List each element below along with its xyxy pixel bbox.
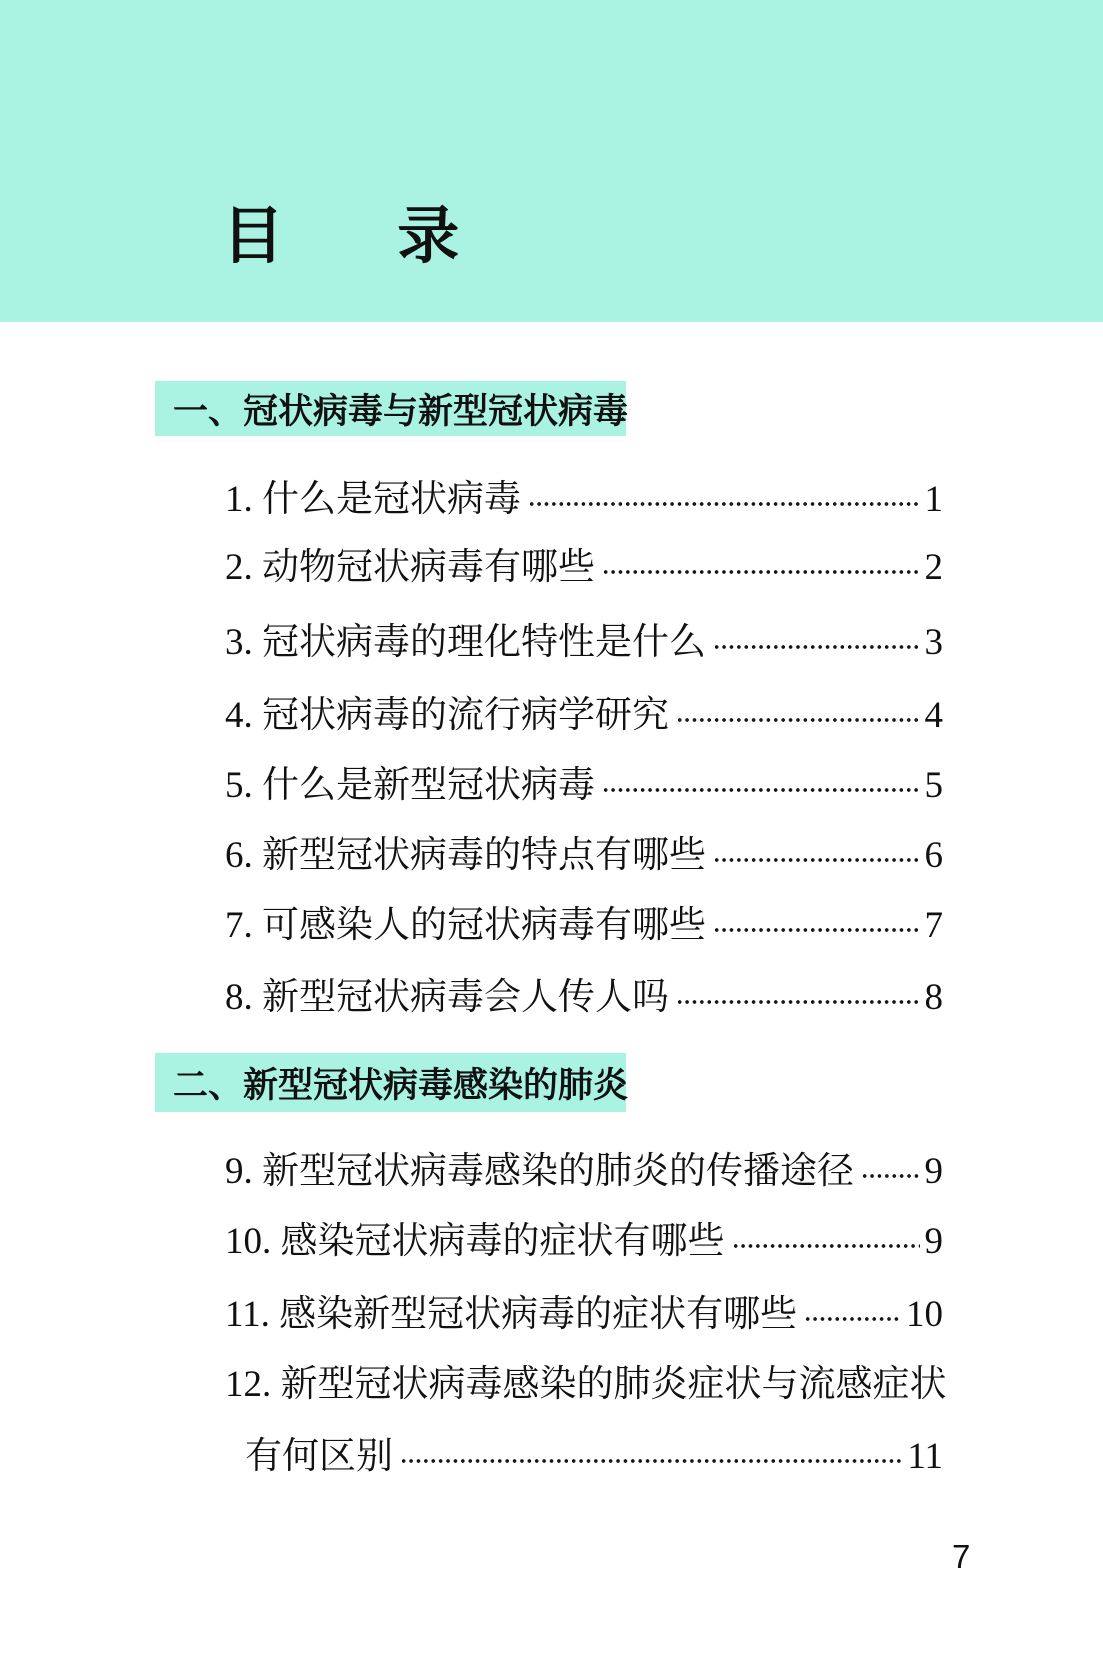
dot-leader [861,1173,920,1179]
toc-item-page: 7 [925,902,944,950]
toc-item-page: 8 [925,974,944,1022]
toc-item-page: 2 [925,544,944,592]
toc-item-label: 11. 感染新型冠状病毒的症状有哪些 [225,1291,797,1339]
section-title: 一、冠状病毒与新型冠状病毒 [173,384,628,434]
toc-page: 目 录 一、冠状病毒与新型冠状病毒 1. 什么是冠状病毒 1 2. 动物冠状病毒… [0,0,1103,1654]
dot-leader [713,927,920,933]
toc-item-page: 10 [906,1291,943,1339]
toc-item: 11. 感染新型冠状病毒的症状有哪些 10 [225,1291,943,1339]
toc-item: 10. 感染冠状病毒的症状有哪些 9 [225,1218,943,1266]
dot-leader [676,999,920,1005]
dot-leader [602,787,920,793]
toc-item: 1. 什么是冠状病毒 1 [225,476,943,524]
section-header-2: 二、新型冠状病毒感染的肺炎 [155,1053,626,1112]
toc-item: 9. 新型冠状病毒感染的肺炎的传播途径 9 [225,1148,943,1196]
toc-item: 2. 动物冠状病毒有哪些 2 [225,544,943,592]
toc-item-page: 5 [925,762,944,810]
toc-item-label: 6. 新型冠状病毒的特点有哪些 [225,832,706,880]
toc-item-label: 7. 可感染人的冠状病毒有哪些 [225,902,706,950]
toc-item-label: 8. 新型冠状病毒会人传人吗 [225,974,669,1022]
toc-item: 3. 冠状病毒的理化特性是什么 3 [225,619,943,667]
toc-item-label: 1. 什么是冠状病毒 [225,476,521,524]
dot-leader [400,1458,902,1464]
toc-item: 8. 新型冠状病毒会人传人吗 8 [225,974,943,1022]
toc-item: 5. 什么是新型冠状病毒 5 [225,762,943,810]
toc-item-page: 9 [925,1148,944,1196]
dot-leader [676,717,920,723]
dot-leader [602,569,920,575]
toc-item-page: 9 [925,1218,944,1266]
toc-item-label: 有何区别 [245,1433,393,1481]
toc-item-page: 1 [925,476,944,524]
toc-item-page: 3 [925,619,944,667]
dot-leader [713,644,920,650]
toc-item-label: 10. 感染冠状病毒的症状有哪些 [225,1218,725,1266]
toc-item: 7. 可感染人的冠状病毒有哪些 7 [225,902,943,950]
toc-item-label: 9. 新型冠状病毒感染的肺炎的传播途径 [225,1148,854,1196]
dot-leader [804,1316,901,1322]
dot-leader [713,857,920,863]
folio-page-number: 7 [952,1538,970,1576]
toc-item-label: 3. 冠状病毒的理化特性是什么 [225,619,706,667]
toc-item-line1: 12. 新型冠状病毒感染的肺炎症状与流感症状 [225,1361,943,1409]
toc-item: 6. 新型冠状病毒的特点有哪些 6 [225,832,943,880]
toc-item: 4. 冠状病毒的流行病学研究 4 [225,692,943,740]
toc-item-label: 5. 什么是新型冠状病毒 [225,762,595,810]
section-header-1: 一、冠状病毒与新型冠状病毒 [155,381,626,436]
title-band [0,0,1103,322]
toc-item-label: 4. 冠状病毒的流行病学研究 [225,692,669,740]
toc-item-label: 12. 新型冠状病毒感染的肺炎症状与流感症状 [225,1361,947,1409]
toc-item-line2: 有何区别 11 [245,1433,943,1481]
section-title: 二、新型冠状病毒感染的肺炎 [173,1058,628,1108]
toc-item-page: 4 [925,692,944,740]
toc-item-label: 2. 动物冠状病毒有哪些 [225,544,595,592]
dot-leader [528,501,920,507]
toc-item-page: 11 [907,1433,943,1481]
dot-leader [732,1243,920,1249]
toc-item-page: 6 [925,832,944,880]
page-title: 目 录 [222,206,461,268]
